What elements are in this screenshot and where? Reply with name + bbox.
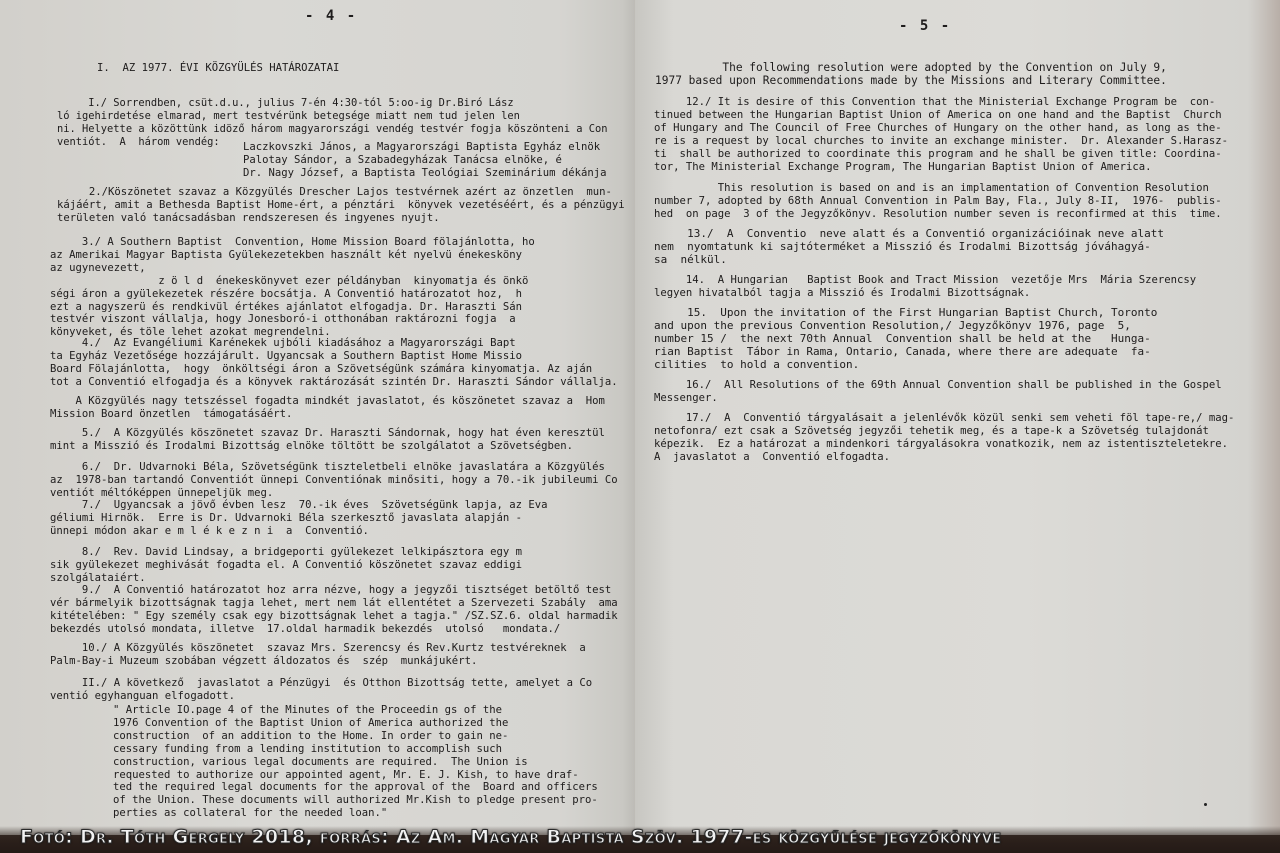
text-line: legyen hivatalból tagja a Misszió és Iro… xyxy=(654,287,1196,300)
text-line: 4./ Az Evangéliumi Karénekek ujbóli kiad… xyxy=(50,337,618,350)
text-line: 12./ It is desire of this Convention tha… xyxy=(654,96,1228,109)
paragraph-3: 3./ A Southern Baptist Convention, Home … xyxy=(50,236,535,339)
text-line: sik gyülekezet meghivását fogadta el. A … xyxy=(50,559,522,572)
text-line: ta Egyház Vezetősége hozzájárult. Ugyanc… xyxy=(50,350,618,363)
resolution-12: 12./ It is desire of this Convention tha… xyxy=(654,96,1228,173)
text-line: Palotay Sándor, a Szabadegyházak Tanácsa… xyxy=(243,154,607,167)
text-line: 1977 based upon Recommendations made by … xyxy=(655,75,1167,88)
text-line: tor, The Ministerial Exchange Program, T… xyxy=(654,161,1228,174)
resolution-12-note: This resolution is based on and is an im… xyxy=(654,182,1222,221)
text-line: 1976 Convention of the Baptist Union of … xyxy=(113,717,598,730)
text-line: kájáért, amit a Bethesda Baptist Home-ér… xyxy=(57,199,625,212)
text-line: Mission Board önzetlen támogatásáért. xyxy=(50,408,605,421)
text-line: re is a request by local churches to inv… xyxy=(654,135,1228,148)
text-line: géliumi Hirnök. Erre is Dr. Udvarnoki Bé… xyxy=(50,512,547,525)
text-line: of the Union. These documents will autho… xyxy=(113,794,598,807)
text-line: Messenger. xyxy=(654,392,1222,405)
paragraph-9: 9./ A Conventió határozatot hoz arra néz… xyxy=(50,584,618,636)
page-number: - 5 - xyxy=(899,20,951,33)
ink-speck xyxy=(1204,803,1207,806)
text-line: vér bármelyik bizottságnak tagja lehet, … xyxy=(50,597,618,610)
paragraph-7: 7./ Ugyancsak a jövő évben lesz 70.-ik é… xyxy=(50,499,547,538)
paragraph-2: 2./Köszönetet szavaz a Közgyülés Dresche… xyxy=(57,186,625,225)
text-line: Palm-Bay-i Muzeum szobában végzett áldoz… xyxy=(50,655,586,668)
resolution-15: 15. Upon the invitation of the First Hun… xyxy=(654,307,1157,372)
text-line: testvér viszont vállalja, hogy Jonesboró… xyxy=(50,313,535,326)
text-line: 3./ A Southern Baptist Convention, Home … xyxy=(50,236,535,249)
resolution-17: 17./ A Conventió tárgyalásait a jelenlév… xyxy=(654,412,1234,464)
text-line: cilities to hold a convention. xyxy=(654,359,1157,372)
text-line: number 15 / the next 70th Annual Convent… xyxy=(654,333,1157,346)
paragraph-4: 4./ Az Evangéliumi Karénekek ujbóli kiad… xyxy=(50,337,618,389)
text-line: az Amerikai Magyar Baptista Gyülekezetek… xyxy=(50,249,535,262)
article-quote: " Article IO.page 4 of the Minutes of th… xyxy=(113,704,598,820)
text-line: z ö l d énekeskönyvet ezer példányban ki… xyxy=(50,275,535,288)
text-line: of Hungary and The Council of Free Churc… xyxy=(654,122,1228,135)
text-line: 15. Upon the invitation of the First Hun… xyxy=(654,307,1157,320)
text-line: tot a Conventió elfogadja és a könyvek r… xyxy=(50,376,618,389)
text-line: cessary funding from a lending instituti… xyxy=(113,743,598,756)
resolution-14: 14. A Hungarian Baptist Book and Tract M… xyxy=(654,274,1196,300)
text-line: 10./ A Közgyülés köszönetet szavaz Mrs. … xyxy=(50,642,586,655)
intro-paragraph: The following resolution were adopted by… xyxy=(655,62,1167,88)
text-line: az 1978-ban tartandó Conventiót ünnepi C… xyxy=(50,474,618,487)
paragraph-11: II./ A következő javaslatot a Pénzügyi é… xyxy=(50,677,592,703)
text-line: hed on page 3 of the Jegyzőkönyv. Resolu… xyxy=(654,208,1222,221)
text-line: and upon the previous Convention Resolut… xyxy=(654,320,1157,333)
text-line: 13./ A Conventio neve alatt és a Convent… xyxy=(654,228,1164,241)
text-line: 9./ A Conventió határozatot hoz arra néz… xyxy=(50,584,618,597)
text-line: construction, various legal documents ar… xyxy=(113,756,598,769)
text-line: A javaslatot a Conventió elfogadta. xyxy=(654,451,1234,464)
guest-list: Laczkovszki János, a Magyarországi Bapti… xyxy=(243,141,607,180)
text-line: number 7, adopted by 68th Annual Convent… xyxy=(654,195,1222,208)
text-line: rian Baptist Tábor in Rama, Ontario, Can… xyxy=(654,346,1157,359)
text-line: This resolution is based on and is an im… xyxy=(654,182,1222,195)
text-line: mint a Misszió és Irodalmi Bizottság eln… xyxy=(50,440,605,453)
text-line: 7./ Ugyancsak a jövő évben lesz 70.-ik é… xyxy=(50,499,547,512)
text-line: perties as collateral for the needed loa… xyxy=(113,807,598,820)
page-number: - 4 - xyxy=(305,10,357,23)
text-line: ted the required legal documents for the… xyxy=(113,781,598,794)
paragraph-6: 6./ Dr. Udvarnoki Béla, Szövetségünk tis… xyxy=(50,461,618,500)
text-line: Board Fölajánlotta, hogy önköltségi áron… xyxy=(50,363,618,376)
right-page: - 5 - The following resolution were adop… xyxy=(635,0,1280,835)
text-line: sa nélkül. xyxy=(654,254,1164,267)
text-line: ventiót méltóképpen ünnepeljük meg. xyxy=(50,487,618,500)
text-line: képezik. Ez a határozat a mindenkori tár… xyxy=(654,438,1234,451)
text-line: 6./ Dr. Udvarnoki Béla, Szövetségünk tis… xyxy=(50,461,618,474)
text-line: bekezdés utolsó mondata, illetve 17.olda… xyxy=(50,623,618,636)
text-line: Laczkovszki János, a Magyarországi Bapti… xyxy=(243,141,607,154)
text-line: A Közgyülés nagy tetszéssel fogadta mind… xyxy=(50,395,605,408)
text-line: ünnepi módon akar e m l é k e z n i a Co… xyxy=(50,525,547,538)
text-line: ti shall be authorized to coordinate thi… xyxy=(654,148,1228,161)
text-line: területen való tanácsadásban rendszerese… xyxy=(57,212,625,225)
resolution-13: 13./ A Conventio neve alatt és a Convent… xyxy=(654,228,1164,267)
paragraph-8: 8./ Rev. David Lindsay, a bridgeporti gy… xyxy=(50,546,522,585)
text-line: kitételében: " Egy személy csak egy bizo… xyxy=(50,610,618,623)
text-line: 2./Köszönetet szavaz a Közgyülés Dresche… xyxy=(57,186,625,199)
text-line: 8./ Rev. David Lindsay, a bridgeporti gy… xyxy=(50,546,522,559)
text-line: construction of an addition to the Home.… xyxy=(113,730,598,743)
text-line: netofonra/ ezt csak a Szövetség jegyzői … xyxy=(654,425,1234,438)
text-line: tinued between the Hungarian Baptist Uni… xyxy=(654,109,1228,122)
text-line: 14. A Hungarian Baptist Book and Tract M… xyxy=(654,274,1196,287)
text-line: ségi áron a gyülekezetek részére bocsátj… xyxy=(50,288,535,301)
text-line: szolgálataiért. xyxy=(50,572,522,585)
text-line: ventió egyhanguan elfogadott. xyxy=(50,690,592,703)
text-line: " Article IO.page 4 of the Minutes of th… xyxy=(113,704,598,717)
left-page: - 4 - I. AZ 1977. ÉVI KÖZGYÜLÉS HATÁROZA… xyxy=(0,0,635,835)
text-line: az ugynevezett, xyxy=(50,262,535,275)
text-line: ni. Helyette a közöttünk idöző három mag… xyxy=(57,123,608,136)
text-line: 5./ A Közgyülés köszönetet szavaz Dr. Ha… xyxy=(50,427,605,440)
text-line: nem nyomtatunk ki sajtóterméket a Misszi… xyxy=(654,241,1164,254)
text-line: 17./ A Conventió tárgyalásait a jelenlév… xyxy=(654,412,1234,425)
text-line: Dr. Nagy József, a Baptista Teológiai Sz… xyxy=(243,167,607,180)
resolution-16: 16./ All Resolutions of the 69th Annual … xyxy=(654,379,1222,405)
text-line: 16./ All Resolutions of the 69th Annual … xyxy=(654,379,1222,392)
paragraph-5: 5./ A Közgyülés köszönetet szavaz Dr. Ha… xyxy=(50,427,605,453)
text-line: requested to authorize our appointed age… xyxy=(113,769,598,782)
photo-credit-caption: Fotó: Dr. Tóth Gergely 2018, forrás: Az … xyxy=(20,826,1280,848)
section-heading: I. AZ 1977. ÉVI KÖZGYÜLÉS HATÁROZATAI xyxy=(97,62,339,75)
text-line: I./ Sorrendben, csüt.d.u., julius 7-én 4… xyxy=(57,97,608,110)
paragraph-10: 10./ A Közgyülés köszönetet szavaz Mrs. … xyxy=(50,642,586,668)
text-line: II./ A következő javaslatot a Pénzügyi é… xyxy=(50,677,592,690)
text-line: ezt a nagyszerü és rendkivül értékes ajá… xyxy=(50,301,535,314)
paragraph-4b: A Közgyülés nagy tetszéssel fogadta mind… xyxy=(50,395,605,421)
text-line: ló igehirdetése elmarad, mert testvérünk… xyxy=(57,110,608,123)
text-line: The following resolution were adopted by… xyxy=(655,62,1167,75)
